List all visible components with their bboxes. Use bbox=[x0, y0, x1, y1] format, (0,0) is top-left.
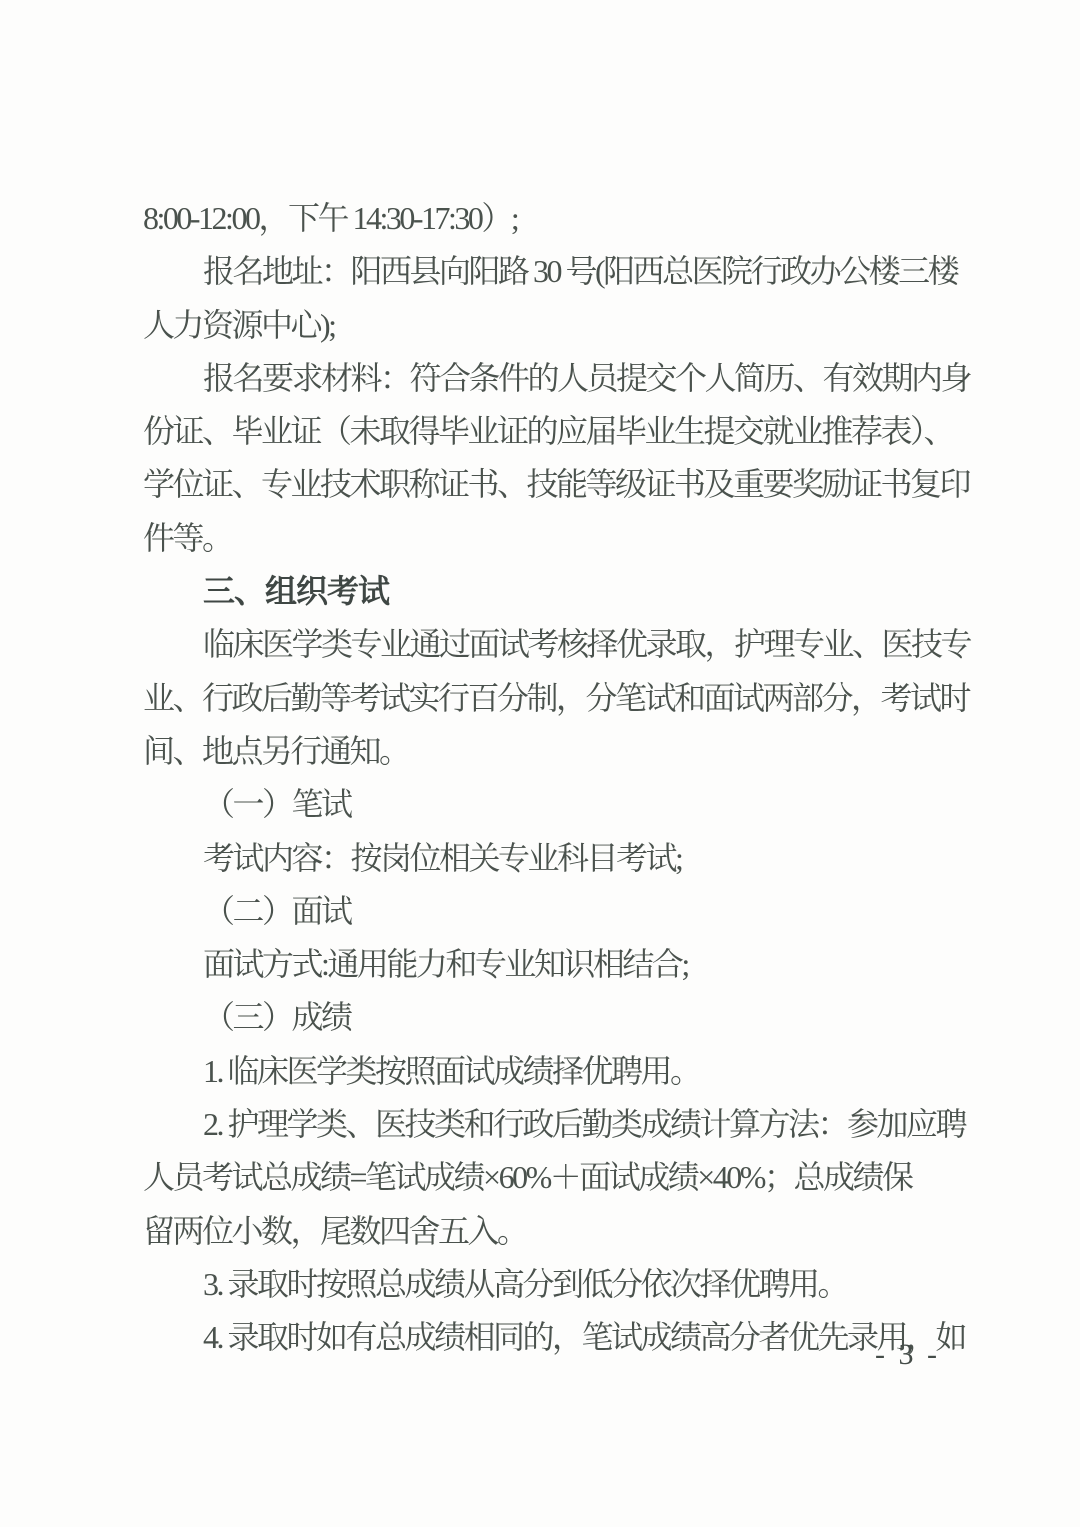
text-line: 临床医学类专业通过面试考核择优录取，护理专业、医技专 bbox=[143, 618, 943, 671]
text-line: 报名要求材料：符合条件的人员提交个人简历、有效期内身 bbox=[143, 352, 943, 405]
document-body: 8:00-12:00，下午 14:30-17:30）;报名地址：阳西县向阳路 3… bbox=[143, 192, 943, 1365]
text-line: 考试内容：按岗位相关专业科目考试; bbox=[143, 832, 943, 885]
section-heading: 三、组织考试 bbox=[143, 565, 943, 618]
text-line: 人员考试总成绩=笔试成绩×60%＋面试成绩×40%；总成绩保 bbox=[143, 1151, 943, 1204]
page-number: - 3 - bbox=[875, 1338, 940, 1372]
text-line: 业、行政后勤等考试实行百分制，分笔试和面试两部分，考试时 bbox=[143, 672, 943, 725]
text-line: 人力资源中心); bbox=[143, 299, 943, 352]
text-line: 1. 临床医学类按照面试成绩择优聘用。 bbox=[143, 1045, 943, 1098]
text-line: 2. 护理学类、医技类和行政后勤类成绩计算方法：参加应聘 bbox=[143, 1098, 943, 1151]
text-line: （三）成绩 bbox=[143, 991, 943, 1044]
text-line: 3. 录取时按照总成绩从高分到低分依次择优聘用。 bbox=[143, 1258, 943, 1311]
text-line: 面试方式:通用能力和专业知识相结合; bbox=[143, 938, 943, 991]
text-line: 件等。 bbox=[143, 512, 943, 565]
text-line: 报名地址：阳西县向阳路 30 号(阳西总医院行政办公楼三楼 bbox=[143, 245, 943, 298]
text-line: 间、地点另行通知。 bbox=[143, 725, 943, 778]
text-line: 4. 录取时如有总成绩相同的，笔试成绩高分者优先录用，如 bbox=[143, 1311, 943, 1364]
text-line: 份证、毕业证（未取得毕业证的应届毕业生提交就业推荐表）、 bbox=[143, 405, 943, 458]
text-line: （一）笔试 bbox=[143, 778, 943, 831]
text-line: 留两位小数，尾数四舍五入。 bbox=[143, 1205, 943, 1258]
text-line: 学位证、专业技术职称证书、技能等级证书及重要奖励证书复印 bbox=[143, 458, 943, 511]
document-page: 8:00-12:00，下午 14:30-17:30）;报名地址：阳西县向阳路 3… bbox=[0, 0, 1080, 1527]
text-line: 8:00-12:00，下午 14:30-17:30）; bbox=[143, 192, 943, 245]
text-line: （二）面试 bbox=[143, 885, 943, 938]
